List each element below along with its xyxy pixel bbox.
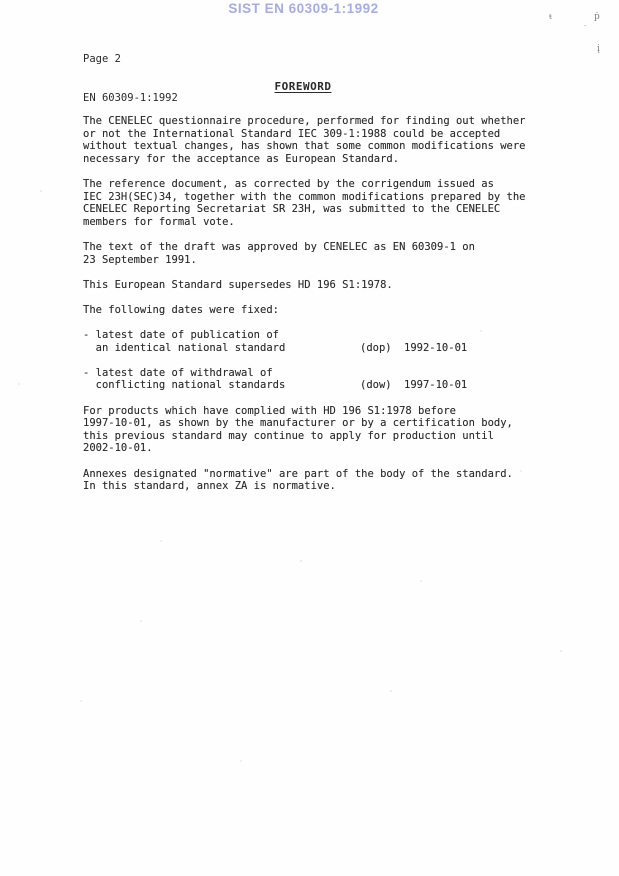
page-number-label: Page 2 xyxy=(83,53,178,66)
paragraph-annexes-normative: Annexes designated "normative" are part … xyxy=(83,468,553,493)
paragraph-supersedes: This European Standard supersedes HD 196… xyxy=(83,279,553,292)
scan-artifact: į xyxy=(597,44,600,54)
paragraph-reference-document: The reference document, as corrected by … xyxy=(83,178,553,228)
paragraph-cenelec-questionnaire: The CENELEC questionnaire procedure, per… xyxy=(83,115,553,165)
date-row-dow: - latest date of withdrawal of conflicti… xyxy=(83,367,553,392)
date-label-publication: - latest date of publication of an ident… xyxy=(83,329,553,354)
document-body: The CENELEC questionnaire procedure, per… xyxy=(83,115,553,505)
sist-watermark: SIST EN 60309-1:1992 xyxy=(0,1,607,16)
standard-reference: EN 60309-1:1992 xyxy=(83,92,178,105)
date-value-dop: 1992-10-01 xyxy=(404,342,467,355)
scan-artifact: · xyxy=(584,22,586,30)
foreword-title: FOREWORD xyxy=(83,80,523,93)
date-code-dop: (dop) xyxy=(360,342,392,355)
date-label-withdrawal: - latest date of withdrawal of conflicti… xyxy=(83,367,553,392)
date-row-dop: - latest date of publication of an ident… xyxy=(83,329,553,354)
date-value-dow: 1997-10-01 xyxy=(404,379,467,392)
scan-artifact: ŧ xyxy=(549,13,552,21)
date-code-dow: (dow) xyxy=(360,379,392,392)
paragraph-draft-approved: The text of the draft was approved by CE… xyxy=(83,241,553,266)
paragraph-products-complied: For products which have complied with HD… xyxy=(83,405,553,455)
scan-artifact: ṗ xyxy=(594,12,600,22)
dates-intro: The following dates were fixed: xyxy=(83,304,553,317)
scanned-document-page: SIST EN 60309-1:1992 ŧ ṗ · į Page 2 EN 6… xyxy=(0,0,619,876)
